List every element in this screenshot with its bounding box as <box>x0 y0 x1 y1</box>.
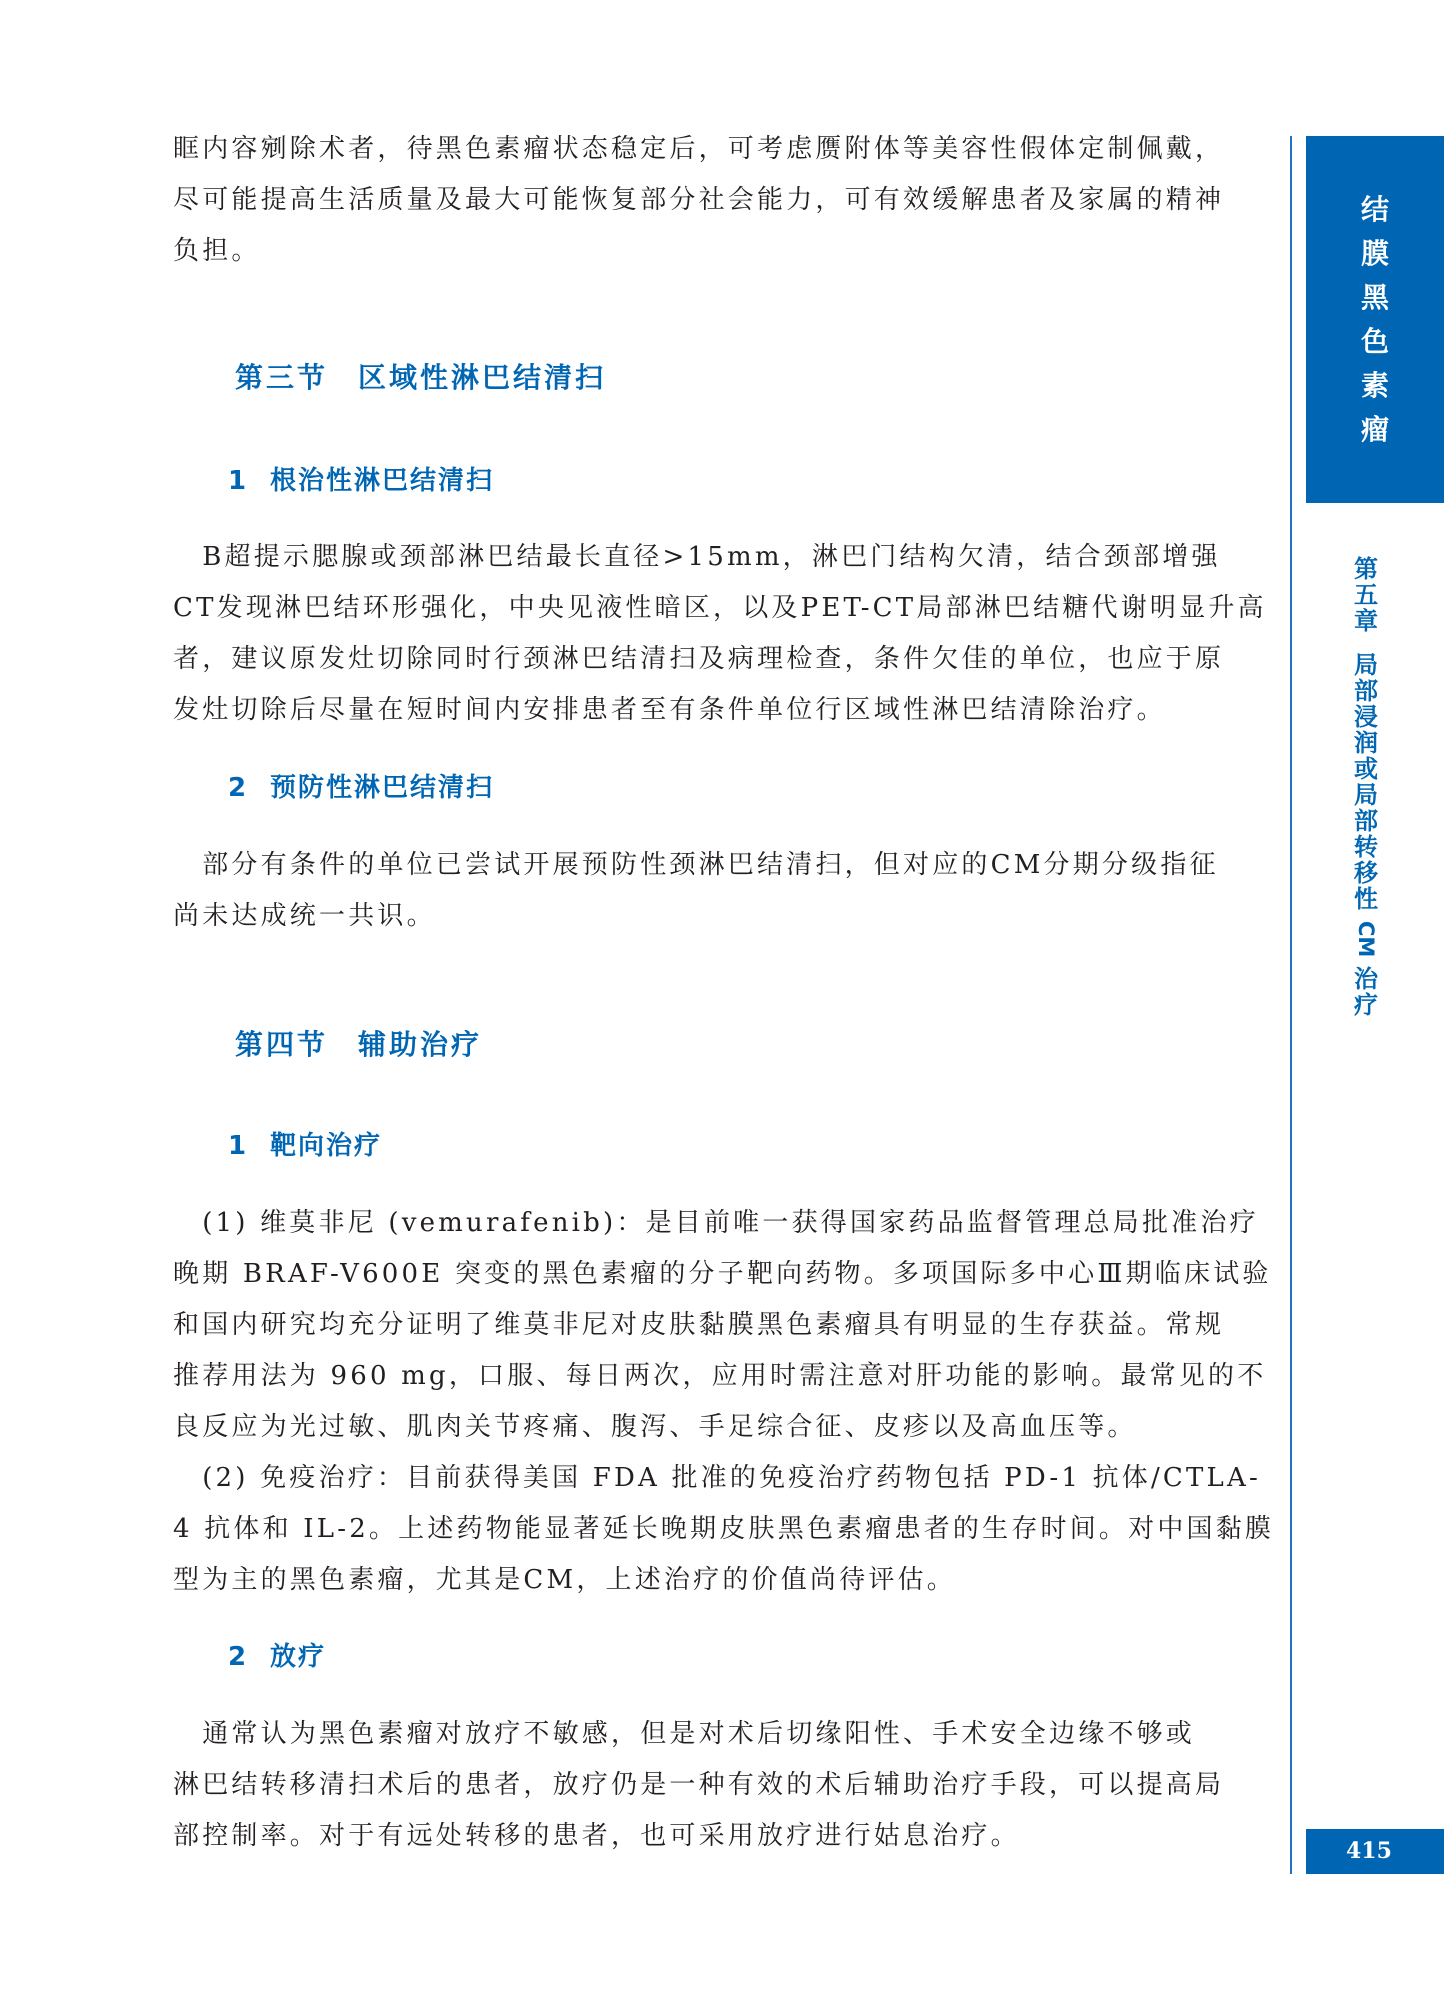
side-tab-title: 结 膜 黑 色 素 瘤 <box>1306 188 1444 452</box>
paragraph-line: 晚期 BRAF-V600E 突变的黑色素瘤的分子靶向药物。多项国际多中心Ⅲ期临床… <box>173 1249 1197 1300</box>
chapter-char: 第 <box>1350 556 1382 582</box>
chapter-label: 第 五 章 <box>1350 556 1382 634</box>
paragraph-line: 眶内容剜除术者，待黑色素瘤状态稳定后，可考虑赝附体等美容性假体定制佩戴， <box>173 124 1197 175</box>
margin-rule <box>1290 136 1292 1874</box>
side-tab-char: 瘤 <box>1306 408 1444 452</box>
section-title: 辅助治疗 <box>358 1028 482 1061</box>
subsection-heading: 1靶向治疗 <box>228 1128 382 1164</box>
chapter-title-char: 性 <box>1350 886 1382 912</box>
paragraph-line: 负担。 <box>173 226 1197 277</box>
paragraph-line: 推荐用法为 960 mg，口服、每日两次，应用时需注意对肝功能的影响。最常见的不 <box>173 1351 1197 1402</box>
paragraph-line: 通常认为黑色素瘤对放疗不敏感，但是对术后切缘阳性、手术安全边缘不够或 <box>173 1709 1197 1760</box>
book-page: 眶内容剜除术者，待黑色素瘤状态稳定后，可考虑赝附体等美容性假体定制佩戴， 尽可能… <box>0 0 1444 2010</box>
side-tab-char: 素 <box>1306 364 1444 408</box>
chapter-title-char: 或 <box>1350 756 1382 782</box>
paragraph-line: B超提示腮腺或颈部淋巴结最长直径>15mm，淋巴门结构欠清，结合颈部增强 <box>173 532 1197 583</box>
side-tab-char: 结 <box>1306 188 1444 232</box>
subsection-title: 放疗 <box>270 1642 326 1672</box>
subsection-heading: 2预防性淋巴结清扫 <box>228 770 494 806</box>
paragraph-line: 淋巴结转移清扫术后的患者，放疗仍是一种有效的术后辅助治疗手段，可以提高局 <box>173 1760 1197 1811</box>
paragraph-line: (2) 免疫治疗：目前获得美国 FDA 批准的免疫治疗药物包括 PD-1 抗体/… <box>173 1453 1197 1504</box>
paragraph-line: 尚未达成统一共识。 <box>173 891 1197 942</box>
paragraph-line: (1) 维莫非尼 (vemurafenib)：是目前唯一获得国家药品监督管理总局… <box>173 1198 1197 1249</box>
paragraph-line: 发灶切除后尽量在短时间内安排患者至有条件单位行区域性淋巴结清除治疗。 <box>173 685 1197 736</box>
page-number: 415 <box>1346 1829 1392 1874</box>
paragraph-line: CT发现淋巴结环形强化，中央见液性暗区，以及PET-CT局部淋巴结糖代谢明显升高 <box>173 583 1197 634</box>
subsection-number: 2 <box>228 770 270 806</box>
side-tab-char: 黑 <box>1306 276 1444 320</box>
paragraph-line: 型为主的黑色素瘤，尤其是CM，上述治疗的价值尚待评估。 <box>173 1555 1197 1606</box>
chapter-title-char: 局 <box>1350 652 1382 678</box>
chapter-title-char: 部 <box>1350 808 1382 834</box>
page-number-box: 415 <box>1306 1829 1444 1874</box>
side-tab-char: 色 <box>1306 320 1444 364</box>
paragraph-line: 良反应为光过敏、肌肉关节疼痛、腹泻、手足综合征、皮疹以及高血压等。 <box>173 1402 1197 1453</box>
paragraph-line: 部分有条件的单位已尝试开展预防性颈淋巴结清扫，但对应的CM分期分级指征 <box>173 840 1197 891</box>
subsection-number: 2 <box>228 1639 270 1675</box>
subsection-heading: 1根治性淋巴结清扫 <box>228 463 494 499</box>
chapter-title: 局 部 浸 润 或 局 部 转 移 性 CM 治 疗 <box>1350 652 1382 1018</box>
chapter-title-char: 局 <box>1350 782 1382 808</box>
section-number: 第三节 <box>235 361 328 394</box>
paragraph-line: 部控制率。对于有远处转移的患者，也可采用放疗进行姑息治疗。 <box>173 1811 1197 1862</box>
chapter-title-char: 治 <box>1350 966 1382 992</box>
chapter-title-char: 润 <box>1350 730 1382 756</box>
side-tab-char: 膜 <box>1306 232 1444 276</box>
subsection-title: 靶向治疗 <box>270 1131 382 1161</box>
chapter-title-char: 浸 <box>1350 704 1382 730</box>
paragraph-line: 和国内研究均充分证明了维莫非尼对皮肤黏膜黑色素瘤具有明显的生存获益。常规 <box>173 1300 1197 1351</box>
subsection-title: 预防性淋巴结清扫 <box>270 773 494 803</box>
paragraph-line: 尽可能提高生活质量及最大可能恢复部分社会能力，可有效缓解患者及家属的精神 <box>173 175 1197 226</box>
chapter-title-char: 部 <box>1350 678 1382 704</box>
section-title: 区域性淋巴结清扫 <box>358 361 606 394</box>
section-heading-3: 第三节区域性淋巴结清扫 <box>235 358 606 398</box>
chapter-char: 章 <box>1350 608 1382 634</box>
chapter-title-cm: CM <box>1350 916 1382 962</box>
paragraph-line: 者，建议原发灶切除同时行颈淋巴结清扫及病理检查，条件欠佳的单位，也应于原 <box>173 634 1197 685</box>
section-number: 第四节 <box>235 1028 328 1061</box>
chapter-title-char: 疗 <box>1350 992 1382 1018</box>
paragraph-line: 4 抗体和 IL-2。上述药物能显著延长晚期皮肤黑色素瘤患者的生存时间。对中国黏… <box>173 1504 1197 1555</box>
subsection-number: 1 <box>228 1128 270 1164</box>
chapter-title-char: 转 <box>1350 834 1382 860</box>
subsection-number: 1 <box>228 463 270 499</box>
subsection-heading: 2放疗 <box>228 1639 326 1675</box>
subsection-title: 根治性淋巴结清扫 <box>270 466 494 496</box>
side-tab: 结 膜 黑 色 素 瘤 <box>1306 136 1444 503</box>
section-heading-4: 第四节辅助治疗 <box>235 1025 482 1065</box>
chapter-title-char: 移 <box>1350 860 1382 886</box>
chapter-char: 五 <box>1350 582 1382 608</box>
